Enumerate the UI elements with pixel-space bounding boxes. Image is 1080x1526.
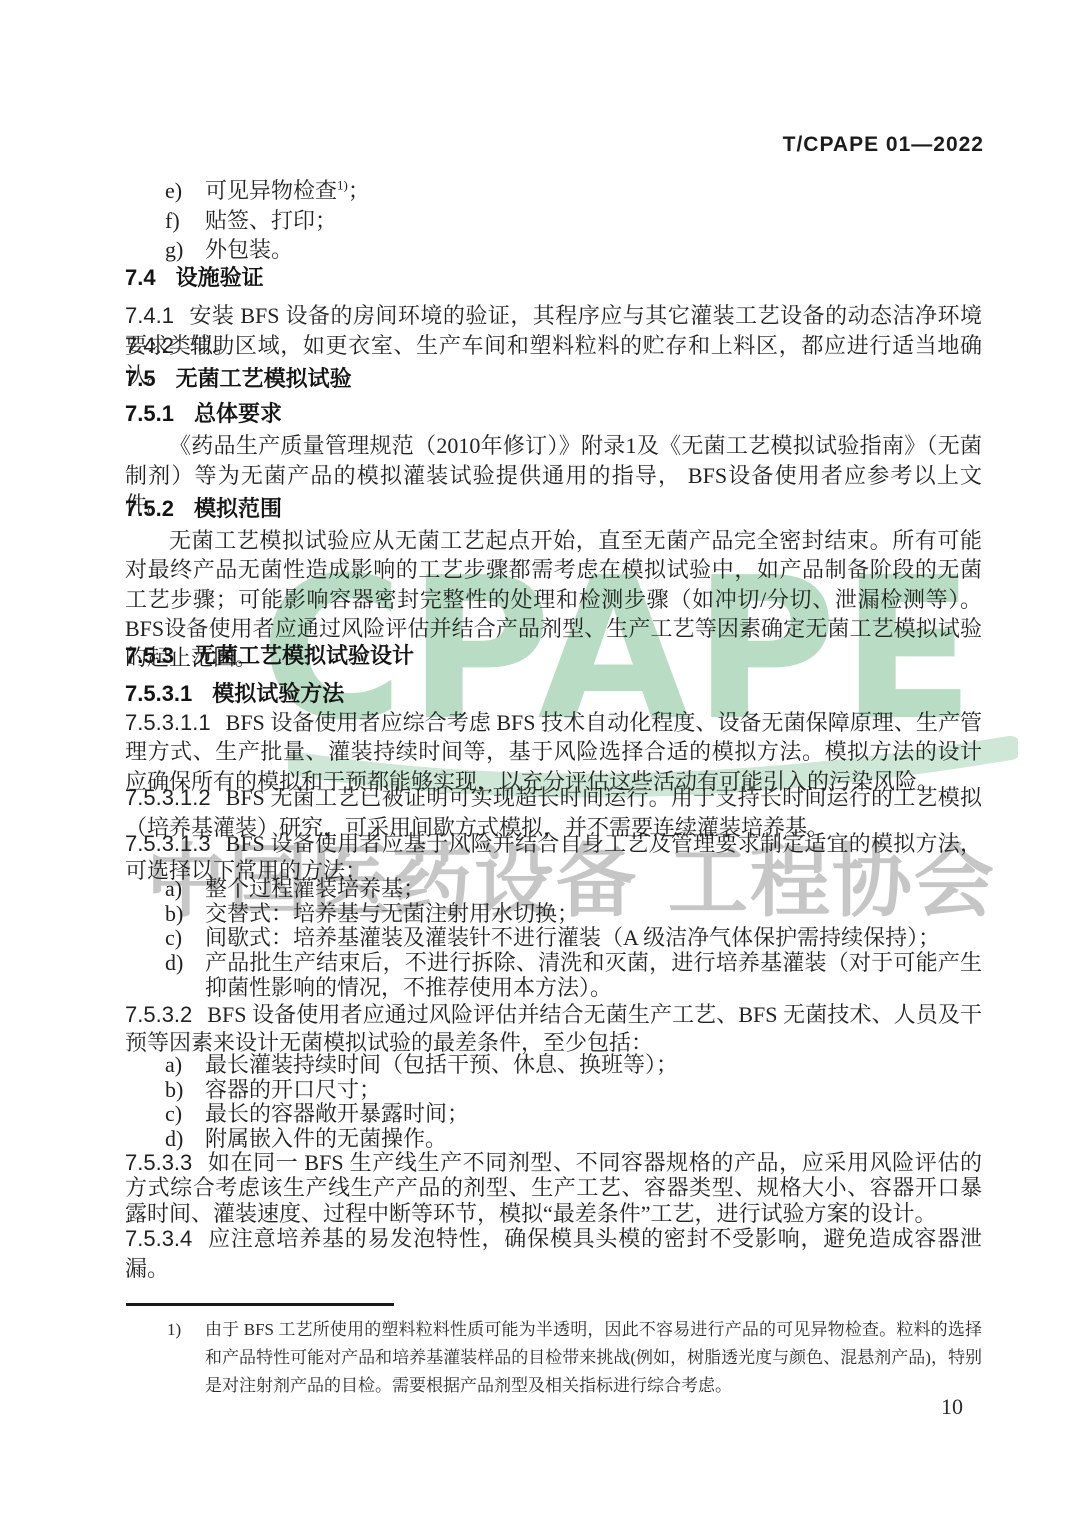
- list-item-c: c)最长的容器敞开暴露时间；: [125, 1102, 982, 1127]
- clause-number: 7.5.3.3: [125, 1150, 192, 1175]
- page-content: T/CPAPE 01—2022 e)可见异物检查1)； f)贴签、打印； g)外…: [0, 0, 1080, 1526]
- heading-number: 7.5.3.1: [125, 681, 192, 706]
- clause-text: BFS 设备使用者应综合考虑 BFS 技术自动化程度、设备无菌保障原理、生产管理…: [125, 710, 982, 794]
- list-item-label: d): [165, 951, 183, 976]
- method-list: a)整个过程灌装培养基； b)交替式：培养基与无菌注射用水切换； c)间歇式：培…: [125, 877, 982, 1001]
- document-page: CPAPE 中国医药设备 工程协会 T/CPAPE 01—2022 e)可见异物…: [0, 0, 1080, 1526]
- page-number: 10: [941, 1394, 963, 1420]
- clause-text: BFS 设备使用者应通过风险评估并结合无菌生产工艺、BFS 无菌技术、人员及干预…: [125, 1002, 982, 1055]
- heading-number: 7.5.3: [125, 643, 174, 668]
- list-item-text: 最长灌装持续时间（包括干预、休息、换班等）；: [205, 1052, 678, 1077]
- list-item-label: e): [165, 176, 182, 206]
- list-item-label: f): [165, 206, 180, 236]
- clause-7-5-3-3: 7.5.3.3如在同一 BFS 生产线生产不同剂型、不同容器规格的产品，应采用风…: [125, 1150, 982, 1226]
- heading-7-5-3-1: 7.5.3.1模拟试验方法: [125, 680, 982, 708]
- intro-list: e)可见异物检查1)； f)贴签、打印； g)外包装。: [125, 176, 982, 265]
- clause-text: 如在同一 BFS 生产线生产不同剂型、不同容器规格的产品，应采用风险评估的方式综…: [125, 1150, 982, 1226]
- list-item-text: 外包装。: [205, 237, 293, 262]
- list-item-label: c): [165, 1102, 182, 1127]
- clause-number: 7.4.2: [125, 333, 174, 358]
- heading-number: 7.5: [125, 366, 156, 391]
- clause-number: 7.5.3.1.1: [125, 710, 211, 735]
- doc-code-header: T/CPAPE 01—2022: [783, 133, 984, 157]
- heading-title: 模拟范围: [194, 496, 282, 521]
- list-item-text: 最长的容器敞开暴露时间；: [205, 1101, 469, 1126]
- list-item-text: 可见异物检查: [205, 178, 337, 203]
- heading-number: 7.5.2: [125, 496, 174, 521]
- worst-case-list: a)最长灌装持续时间（包括干预、休息、换班等）； b)容器的开口尺寸； c)最长…: [125, 1053, 982, 1152]
- list-item-g: g)外包装。: [125, 235, 982, 265]
- heading-title: 模拟试验方法: [212, 681, 344, 706]
- list-item-e: e)可见异物检查1)；: [125, 176, 982, 206]
- list-item-a: a)整个过程灌装培养基；: [125, 877, 982, 902]
- clause-number: 7.5.3.1.2: [125, 785, 211, 810]
- heading-number: 7.4: [125, 265, 156, 290]
- list-item-label: a): [165, 877, 182, 902]
- list-item-text: 间歇式：培养基灌装及灌装针不进行灌装（A 级洁净气体保护需持续保持）；: [205, 925, 940, 950]
- footnote-number: 1): [167, 1316, 181, 1344]
- list-item-text: 贴签、打印；: [205, 208, 337, 233]
- list-item-b: b)交替式：培养基与无菌注射用水切换；: [125, 902, 982, 927]
- list-item-a: a)最长灌装持续时间（包括干预、休息、换班等）；: [125, 1053, 982, 1078]
- heading-title: 无菌工艺模拟试验: [176, 366, 352, 391]
- footnote-divider: [126, 1303, 394, 1306]
- heading-title: 设施验证: [176, 265, 264, 290]
- footnote-ref: 1): [337, 178, 348, 193]
- list-item-b: b)容器的开口尺寸；: [125, 1078, 982, 1103]
- clause-text: 应注意培养基的易发泡特性，确保模具头模的密封不受影响，避免造成容器泄漏。: [125, 1226, 982, 1281]
- list-item-label: a): [165, 1053, 182, 1078]
- list-item-text: 容器的开口尺寸；: [205, 1077, 381, 1102]
- list-item-label: b): [165, 1078, 183, 1103]
- heading-title: 总体要求: [194, 401, 282, 426]
- heading-7-5: 7.5无菌工艺模拟试验: [125, 365, 982, 393]
- clause-number: 7.5.3.1.3: [125, 831, 211, 856]
- clause-number: 7.4.1: [125, 303, 174, 328]
- heading-7-5-1: 7.5.1总体要求: [125, 400, 982, 428]
- list-item-label: g): [165, 235, 183, 265]
- list-item-text: 附属嵌入件的无菌操作。: [205, 1126, 447, 1151]
- heading-title: 无菌工艺模拟试验设计: [194, 643, 414, 668]
- footnote: 1) 由于 BFS 工艺所使用的塑料粒料性质可能为半透明，因此不容易进行产品的可…: [125, 1316, 982, 1400]
- list-item-c: c)间歇式：培养基灌装及灌装针不进行灌装（A 级洁净气体保护需持续保持）；: [125, 926, 982, 951]
- heading-7-4: 7.4设施验证: [125, 264, 982, 292]
- list-item-text: 产品批生产结束后，不进行拆除、清洗和灭菌，进行培养基灌装（对于可能产生抑菌性影响…: [205, 950, 982, 1000]
- list-item-f: f)贴签、打印；: [125, 206, 982, 236]
- clause-number: 7.5.3.2: [125, 1002, 192, 1027]
- heading-7-5-2: 7.5.2模拟范围: [125, 495, 982, 523]
- list-item-label: b): [165, 902, 183, 927]
- list-item-d: d)产品批生产结束后，不进行拆除、清洗和灭菌，进行培养基灌装（对于可能产生抑菌性…: [125, 951, 982, 1000]
- clause-number: 7.5.3.4: [125, 1226, 192, 1251]
- footnote-text: 由于 BFS 工艺所使用的塑料粒料性质可能为半透明，因此不容易进行产品的可见异物…: [125, 1316, 982, 1400]
- list-item-tail: ；: [348, 178, 370, 203]
- list-item-label: d): [165, 1127, 183, 1152]
- clause-7-5-3-2: 7.5.3.2BFS 设备使用者应通过风险评估并结合无菌生产工艺、BFS 无菌技…: [125, 1001, 982, 1056]
- heading-7-5-3: 7.5.3无菌工艺模拟试验设计: [125, 642, 982, 670]
- list-item-d: d)附属嵌入件的无菌操作。: [125, 1127, 982, 1152]
- clause-7-5-3-4: 7.5.3.4应注意培养基的易发泡特性，确保模具头模的密封不受影响，避免造成容器…: [125, 1224, 982, 1283]
- list-item-text: 整个过程灌装培养基；: [205, 876, 425, 901]
- list-item-label: c): [165, 926, 182, 951]
- heading-number: 7.5.1: [125, 401, 174, 426]
- list-item-text: 交替式：培养基与无菌注射用水切换；: [205, 901, 579, 926]
